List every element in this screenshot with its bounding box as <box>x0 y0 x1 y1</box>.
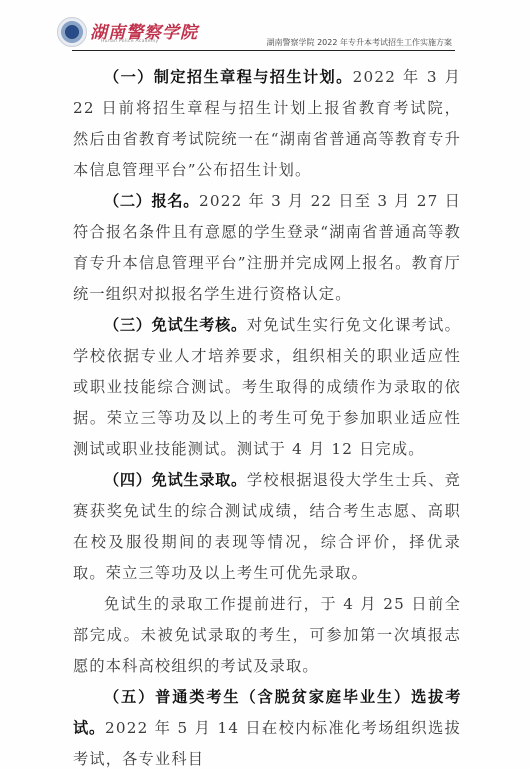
paragraph-4: （四）免试生录取。学校根据退役大学生士兵、竞赛获奖免试生的综合测试成绩，结合考生… <box>73 465 461 589</box>
section-heading: （一）制定招生章程与招生计划。 <box>104 68 353 86</box>
paragraph-2: （二）报名。2022 年 3 月 22 日至 3 月 27 日符合报名条件且有意… <box>73 186 461 310</box>
paragraph-6: （五）普通类考生（含脱贫家庭毕业生）选拔考试。2022 年 5 月 14 日在校… <box>73 682 461 770</box>
paragraph-3: （三）免试生考核。对免试生实行免文化课考试。学校依据专业人才培养要求，组织相关的… <box>73 310 461 465</box>
paragraph-1: （一）制定招生章程与招生计划。2022 年 3 月 22 日前将招生章程与招生计… <box>73 62 461 186</box>
document-body: （一）制定招生章程与招生计划。2022 年 3 月 22 日前将招生章程与招生计… <box>73 62 461 770</box>
paragraph-text: 免试生的录取工作提前进行，于 4 月 25 日前全部完成。未被免试录取的考生，可… <box>73 595 461 675</box>
section-heading: （四）免试生录取。 <box>104 471 247 489</box>
header-divider <box>72 50 455 51</box>
page-number: 3 <box>262 726 266 734</box>
paragraph-text: 对免试生实行免文化课考试。学校依据专业人才培养要求，组织相关的职业适应性或职业技… <box>73 316 461 458</box>
section-heading: （二）报名。 <box>104 192 199 210</box>
document-page: 湖南警察学院 Hunan Police Academy 湖南警察学院 2022 … <box>0 0 530 770</box>
police-academy-emblem-icon <box>57 17 87 47</box>
running-header-title: 湖南警察学院 2022 年专升本考试招生工作实施方案 <box>267 37 452 48</box>
logo-english-name: Hunan Police Academy <box>101 39 159 44</box>
academy-logo: 湖南警察学院 Hunan Police Academy <box>57 17 177 51</box>
paragraph-text: 2022 年 5 月 14 日在校内标准化考场组织选拔考试，各专业科目 <box>73 719 461 768</box>
section-heading: （三）免试生考核。 <box>104 316 247 334</box>
paragraph-5: 免试生的录取工作提前进行，于 4 月 25 日前全部完成。未被免试录取的考生，可… <box>73 589 461 682</box>
